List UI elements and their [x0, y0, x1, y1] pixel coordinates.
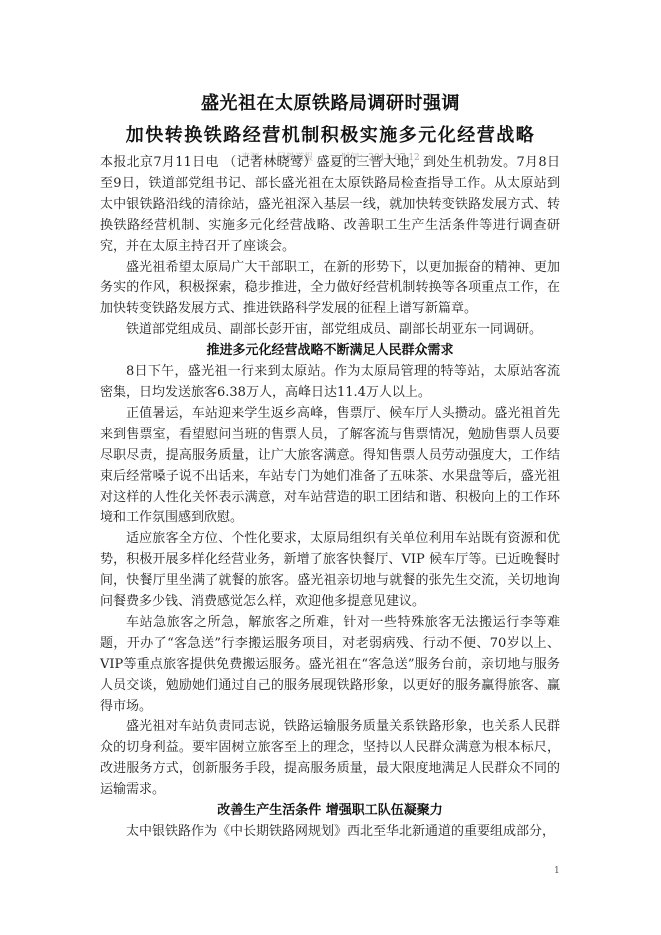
article-title-line2: 加快转换铁路经营机制积极实施多元化经营战略: [0, 121, 661, 147]
paragraph: 盛光祖对车站负责同志说，铁路运输服务质量关系铁路形象，也关系人民群众的切身利益。…: [100, 717, 560, 801]
paragraph: 车站急旅客之所急，解旅客之所难，针对一些特殊旅客无法搬运行李等难题，开办了“客急…: [100, 613, 560, 718]
document-page: 盛光祖在太原铁路局调研时强调 加快转换铁路经营机制积极实施多元化经营战略 来源：…: [0, 0, 661, 935]
article-title-line1: 盛光祖在太原铁路局调研时强调: [0, 89, 661, 115]
paragraph: 太中银铁路作为《中长期铁路网规划》西北至华北新通道的重要组成部分，: [100, 822, 560, 843]
paragraph: 适应旅客全方位、个性化要求，太原局组织有关单位利用车站既有资源和优势，积极开展多…: [100, 529, 560, 613]
section-heading: 改善生产生活条件 增强职工队伍凝聚力: [100, 801, 560, 822]
paragraph: 8日下午，盛光祖一行来到太原站。作为太原局管理的特等站，太原站客流密集，日均发送…: [100, 362, 560, 404]
paragraph: 铁道部党组成员、副部长彭开宙，部党组成员、副部长胡亚东一同调研。: [100, 320, 560, 341]
section-heading: 推进多元化经营战略不断满足人民群众需求: [100, 341, 560, 362]
page-number: 1: [554, 866, 560, 876]
paragraph: 正值暑运，车站迎来学生返乡高峰，售票厅、候车厅人头攒动。盛光祖首先来到售票室，看…: [100, 404, 560, 529]
article-body: 本报北京7月11日电 （记者林晓莺）盛夏的三晋大地，到处生机勃发。7月8日至9日…: [100, 153, 560, 843]
paragraph: 盛光祖希望太原局广大干部职工，在新的形势下，以更加振奋的精神、更加务实的作风，积…: [100, 258, 560, 321]
paragraph-lead: 本报北京7月11日电 （记者林晓莺）盛夏的三晋大地，到处生机勃发。7月8日至9日…: [100, 153, 560, 258]
